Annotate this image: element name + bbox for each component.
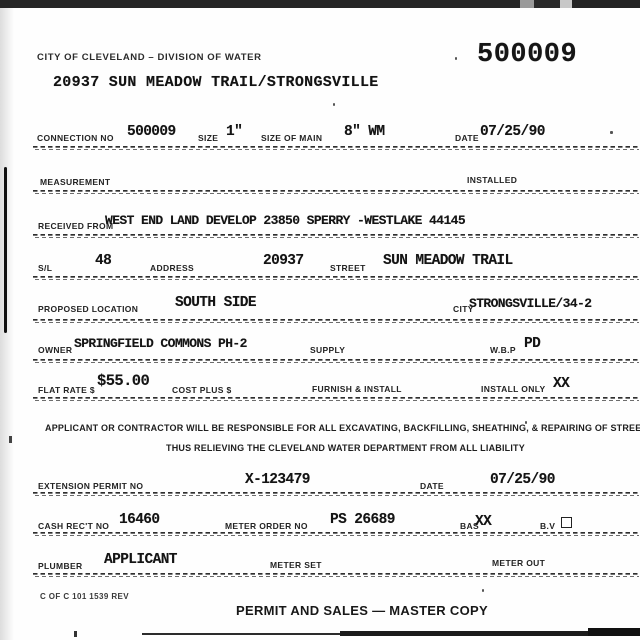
wbp-value: PD [524, 336, 540, 352]
address-label: ADDRESS [150, 263, 194, 273]
furnish-install-label: FURNISH & INSTALL [312, 384, 402, 394]
proposed-location-value: SOUTH SIDE [175, 295, 256, 311]
separator [33, 146, 639, 151]
size-of-main-label: SIZE OF MAIN [261, 133, 322, 143]
org-title: CITY OF CLEVELAND – DIVISION OF WATER [37, 52, 262, 63]
street-value: SUN MEADOW TRAIL [383, 253, 513, 269]
received-from-label: RECEIVED FROM [38, 221, 113, 231]
separator [33, 276, 639, 281]
scan-speck [455, 57, 457, 60]
supply-label: SUPPLY [310, 345, 345, 355]
scan-speck [482, 589, 484, 592]
scan-bottom-tick [74, 631, 77, 637]
date-value: 07/25/90 [480, 124, 545, 140]
scanned-water-permit-form: CITY OF CLEVELAND – DIVISION OF WATER 50… [0, 0, 640, 640]
connection-no-label: CONNECTION NO [37, 133, 114, 143]
install-only-value: XX [553, 376, 569, 392]
cash-rect-value: 16460 [119, 512, 160, 528]
permit-number: 500009 [477, 40, 577, 70]
scan-bottom-border-end [588, 628, 640, 636]
copy-designation: PERMIT AND SALES — MASTER COPY [236, 603, 488, 618]
meter-order-label: METER ORDER NO [225, 521, 308, 531]
separator [33, 359, 639, 364]
bas-value: XX [475, 514, 491, 530]
separator [33, 532, 639, 537]
address-value: 20937 [263, 253, 304, 269]
flat-rate-label: FLAT RATE $ [38, 385, 95, 395]
scan-bottom-border-thin [142, 633, 344, 635]
wbp-label: W.B.P [490, 345, 516, 355]
scan-left-speck [9, 436, 12, 443]
proposed-location-label: PROPOSED LOCATION [38, 304, 138, 314]
separator [33, 573, 639, 578]
separator [33, 234, 639, 239]
installed-label: INSTALLED [467, 175, 517, 185]
bv-checkbox [561, 517, 572, 528]
liability-notice-line1: APPLICANT OR CONTRACTOR WILL BE RESPONSI… [45, 423, 640, 433]
extension-permit-label: EXTENSION PERMIT NO [38, 481, 143, 491]
connection-no-value: 500009 [127, 124, 176, 140]
plumber-value: APPLICANT [104, 552, 177, 568]
size-label: SIZE [198, 133, 218, 143]
date-label: DATE [455, 133, 479, 143]
flat-rate-value: $55.00 [97, 372, 149, 390]
scan-speck [333, 103, 335, 106]
scan-left-line [4, 167, 7, 333]
received-from-value: WEST END LAND DEVELOP 23850 SPERRY -WEST… [105, 213, 465, 228]
install-only-label: INSTALL ONLY [481, 384, 546, 394]
plumber-label: PLUMBER [38, 561, 82, 571]
scan-speck [610, 131, 613, 134]
scan-top-border [0, 0, 640, 8]
owner-label: OWNER [38, 345, 72, 355]
meter-order-value: PS 26689 [330, 512, 395, 528]
separator [33, 319, 639, 324]
separator [33, 492, 639, 497]
size-value: 1" [226, 124, 242, 140]
form-code: C OF C 101 1539 REV [40, 592, 129, 601]
sl-value: 48 [95, 253, 111, 269]
measurement-label: MEASUREMENT [40, 177, 110, 187]
owner-value: SPRINGFIELD COMMONS PH-2 [74, 336, 247, 351]
cost-plus-label: COST PLUS $ [172, 385, 232, 395]
size-of-main-value: 8" WM [344, 124, 385, 140]
extension-permit-value: X-123479 [245, 472, 310, 488]
meter-out-label: METER OUT [492, 558, 545, 568]
header-address: 20937 SUN MEADOW TRAIL/STRONGSVILLE [53, 74, 379, 91]
city-value: STRONGSVILLE/34-2 [469, 296, 591, 311]
sl-label: S/L [38, 263, 52, 273]
extension-date-value: 07/25/90 [490, 472, 555, 488]
bv-label: B.V [540, 521, 555, 531]
street-label: STREET [330, 263, 366, 273]
liability-notice-line2: THUS RELIEVING THE CLEVELAND WATER DEPAR… [166, 443, 525, 453]
extension-date-label: DATE [420, 481, 444, 491]
cash-rect-label: CASH REC'T NO [38, 521, 109, 531]
meter-set-label: METER SET [270, 560, 322, 570]
separator [33, 397, 639, 402]
separator [33, 190, 639, 195]
